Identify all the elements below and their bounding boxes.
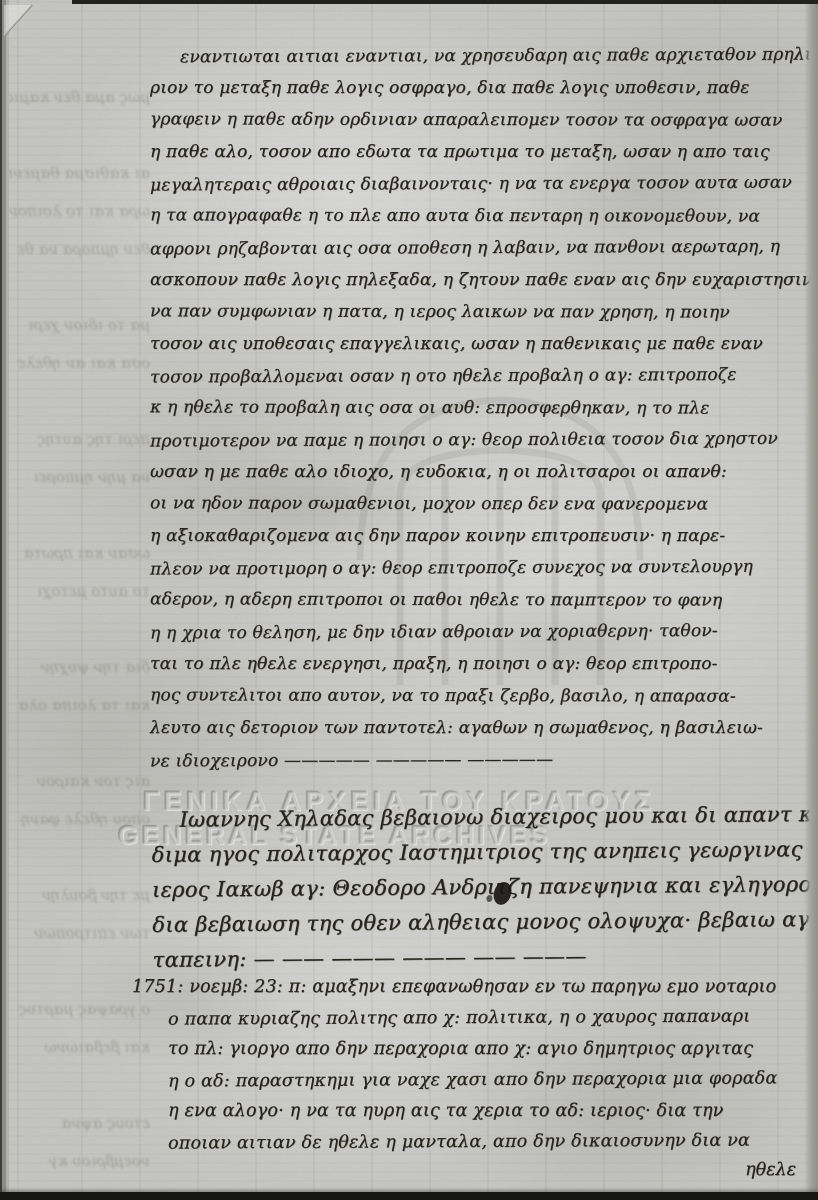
dated-entry-line: ο παπα κυριαζης πολιτης απο χ: πολιτικα,… [132, 1001, 808, 1036]
manuscript-line: λευτο αις δετοριον των παντοτελ: αγαθων … [150, 712, 814, 744]
ghost-line [4, 496, 150, 534]
manuscript-text-block: εναντιωται αιτιαι εναντιαι, να χρησευδαρ… [150, 40, 814, 776]
manuscript-line: κ η ηθελε το προβαλη αις οσα οι αυθ: επρ… [150, 391, 814, 424]
dated-entry-line: το πλ: γιοργο απο δην περαχορια απο χ: α… [132, 1034, 808, 1065]
manuscript-line: αφρονι ρηζαβονται αις οσα οποθεση η λαβα… [150, 231, 814, 266]
page-edge-top [72, 0, 818, 4]
dated-entry-block: 1751: νοεμβ: 23: π: αμαξηνι επεφανωθησαν… [132, 972, 808, 1158]
bleedthrough-text-area: μως αμα θεν καμιααι καθισμα θαμενηωρα κα… [4, 78, 150, 1186]
ghost-line: ωσαν και πρωτα [4, 534, 150, 572]
dated-entry-line: 1751: νοεμβ: 23: π: αμαξηνι επεφανωθησαν… [132, 972, 808, 1003]
manuscript-line: μεγαλητεραις αθροιαις διαβαινονταις· η ν… [150, 167, 814, 202]
ghost-line: και τα λοιπα ολα [4, 686, 150, 724]
manuscript-line: ασκοπουν παθε λογις πηλεξαδα, η ζητουν π… [150, 264, 814, 296]
ghost-line [4, 116, 150, 154]
ghost-line [4, 382, 150, 420]
manuscript-line: η αξιοκαθαριζομενα αις δην παρον κοινην … [150, 520, 814, 552]
ghost-line: θεν ημπορα να θε [4, 230, 150, 268]
fold-corner [0, 0, 46, 46]
signature-line: δια βεβαιωση της οθεν αληθειας μονος ολο… [152, 902, 808, 943]
manuscript-line: ωσαν η με παθε αλο ιδιοχο, η ευδοκια, η … [150, 456, 814, 488]
ghost-line: αις τον καιρον [4, 762, 150, 800]
manuscript-line: αδερον, η αδερη επιτροποι οι παθοι ηθελε… [150, 583, 814, 616]
ghost-line: περι της αυτης [4, 420, 150, 458]
ghost-line: των επιτροπων [4, 914, 150, 952]
ghost-line [4, 610, 150, 648]
manuscript-line: εναντιωται αιτιαι εναντιαι, να χρησευδαρ… [150, 39, 814, 74]
manuscript-line: τοσον προβαλλομεναι οσαν η οτο ηθελε προ… [150, 359, 814, 394]
manuscript-line: νε ιδιοχειρονο ————— ————— ————— [150, 743, 814, 778]
page-edge-right [804, 0, 818, 1200]
manuscript-line: η η χρια το θεληση, με δην ιδιαν αθροιαν… [150, 615, 814, 650]
ghost-line: οσα και αν ηθελε [4, 344, 150, 382]
ghost-line: να μην ημπορει [4, 458, 150, 496]
dated-entry-line: η ενα αλογο· η να τα ηυρη αις τα χερια τ… [132, 1096, 808, 1127]
ghost-line: και βεβαιωνω [4, 1028, 150, 1066]
manuscript-line: γραφειν η παθε αδην ορδινιαν απαραλειπομ… [150, 103, 814, 136]
signature-line: ιερος Ιακωβ αγ: Θεοδορο Ανδριτζη πανεψην… [152, 867, 808, 908]
manuscript-line: ριον το μεταξη παθε λογις οσφραγο, δια π… [150, 72, 814, 104]
page-edge-bottom [0, 1192, 818, 1200]
ghost-line: με την βουλην [4, 876, 150, 914]
catchword: ηθελε [745, 1160, 796, 1180]
ghost-line: δια την ψυχην [4, 648, 150, 686]
dated-entry-line: οποιαν αιτιαν δε ηθελε η μανταλα, απο δη… [132, 1125, 808, 1160]
signature-block: Ιωαννης Χηλαδας βεβαιονω διαχειρος μου κ… [151, 797, 809, 978]
manuscript-scan-page: { "colors": { "paper": "#d9d9d5", "ink":… [0, 0, 818, 1200]
manuscript-line: η παθε αλο, τοσον απο εδωτα τα πρωτιμα τ… [150, 136, 814, 168]
ghost-line: μα το ιδιον χερι [4, 306, 150, 344]
manuscript-line: τοσον αις υποθεσαις επαγγελικαις, ωσαν η… [150, 328, 814, 360]
ghost-line: μως αμα θεν καμια [4, 78, 150, 116]
dated-entry-line: η ο αδ: παραστηκημι για ναχε χασι απο δη… [132, 1063, 808, 1098]
ghost-line: το αυτο μετοχι [4, 572, 150, 610]
ghost-line: νοεμβριου κγ [4, 1142, 150, 1180]
ghost-line [4, 952, 150, 990]
manuscript-line: ηος συντελιτοι απο αυτον, να το πραξι ζε… [150, 679, 814, 712]
ghost-line: ο γραψας μαρτυς [4, 990, 150, 1028]
ghost-line: αι καθισμα θαμενη [4, 154, 150, 192]
manuscript-line: ται το πλε ηθελε ενεργησι, πραξη, η ποιη… [150, 648, 814, 680]
ghost-line: ετους αψνα [4, 1104, 150, 1142]
ghost-line [4, 724, 150, 762]
manuscript-line: οι να ηδον παρον σωμαθενιοι, μοχον οπερ … [150, 487, 814, 520]
ghost-line [4, 1066, 150, 1104]
ghost-line [4, 268, 150, 306]
signature-line: Ιωαννης Χηλαδας βεβαιονω διαχειρος μου κ… [151, 797, 807, 838]
manuscript-line: η τα απογραφαθε η το πλε απο αυτα δια πε… [150, 199, 814, 232]
manuscript-line: πλεον να προτιμορη ο αγ: θεορ επιτροποζε… [150, 551, 814, 586]
signature-line: διμα ηγος πολιταρχος Ιαστημιτριος της αν… [152, 832, 808, 873]
manuscript-line: προτιμοτερον να παμε η ποιησι ο αγ: θεορ… [150, 423, 814, 458]
manuscript-line: να παν συμφωνιαν η πατα, η ιερος λαικων … [150, 295, 814, 328]
page-edge-left [0, 0, 9, 1200]
ghost-line: ωρα και το λοιπον [4, 192, 150, 230]
